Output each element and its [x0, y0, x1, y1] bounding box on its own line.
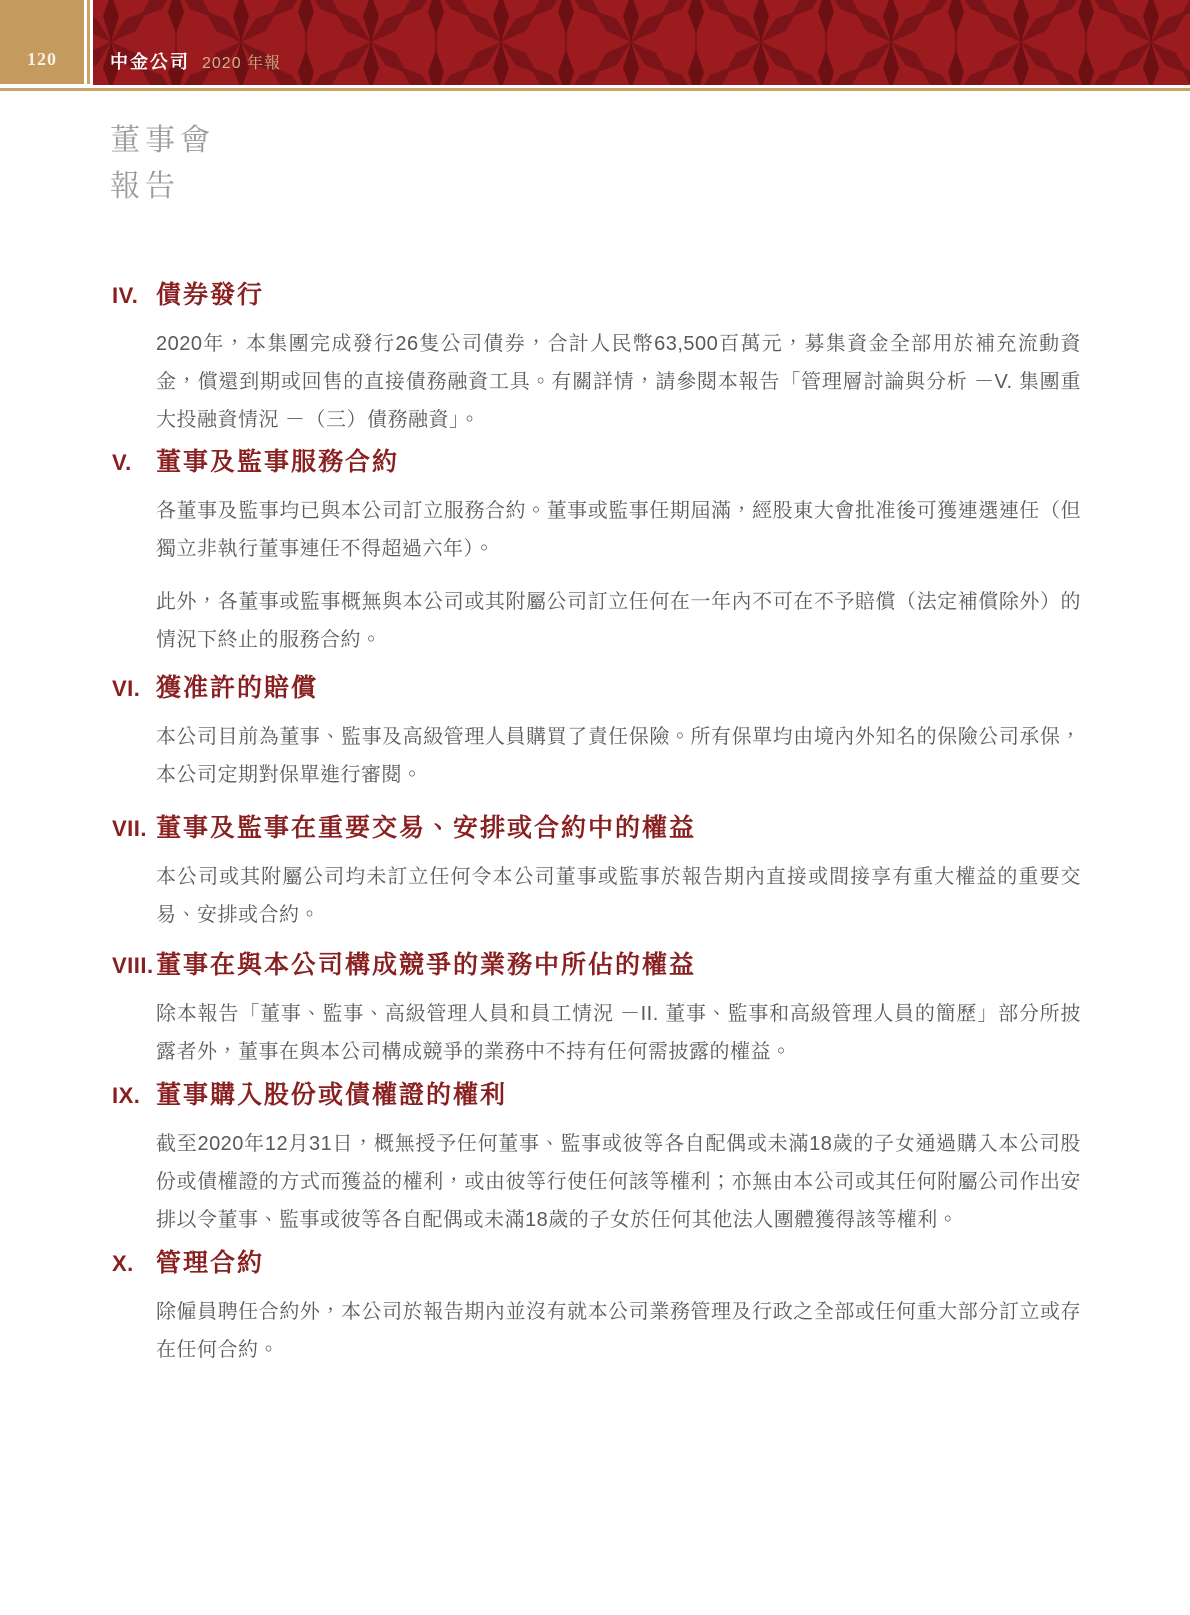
section-body: 除本報告「董事、監事、高級管理人員和員工情況 －II. 董事、監事和高級管理人員… [156, 995, 1081, 1071]
banner-label: 中金公司 2020 年報 [110, 0, 281, 85]
section-interests-in-transactions: VII. 董事及監事在重要交易、安排或合約中的權益 本公司或其附屬公司均未訂立任… [112, 812, 1081, 934]
section-body: 截至2020年12月31日，概無授予任何董事、監事或彼等各自配偶或未滿18歲的子… [156, 1125, 1081, 1239]
section-body: 2020年，本集團完成發行26隻公司債券，合計人民幣63,500百萬元，募集資金… [156, 325, 1081, 439]
paragraph: 此外，各董事或監事概無與本公司或其附屬公司訂立任何在一年內不可在不予賠償（法定補… [156, 583, 1081, 659]
section-numeral: VI. [112, 673, 156, 705]
section-numeral: V. [112, 447, 156, 479]
section-heading-text: 董事購入股份或債權證的權利 [156, 1079, 507, 1111]
section-competing-business: VIII. 董事在與本公司構成競爭的業務中所佔的權益 除本報告「董事、監事、高級… [112, 949, 1081, 1071]
paragraph: 本公司或其附屬公司均未訂立任何令本公司董事或監事於報告期內直接或間接享有重大權益… [156, 858, 1081, 934]
paragraph: 2020年，本集團完成發行26隻公司債券，合計人民幣63,500百萬元，募集資金… [156, 325, 1081, 439]
chapter-title: 董事會 報告 [110, 118, 215, 210]
paragraph: 除僱員聘任合約外，本公司於報告期內並沒有就本公司業務管理及行政之全部或任何重大部… [156, 1293, 1081, 1369]
section-heading: VIII. 董事在與本公司構成競爭的業務中所佔的權益 [112, 949, 1081, 982]
paragraph: 截至2020年12月31日，概無授予任何董事、監事或彼等各自配偶或未滿18歲的子… [156, 1125, 1081, 1239]
section-heading: X. 管理合約 [112, 1247, 1081, 1280]
section-numeral: X. [112, 1248, 156, 1280]
section-numeral: VIII. [112, 950, 156, 982]
section-heading-text: 董事及監事服務合約 [156, 446, 399, 478]
section-body: 本公司或其附屬公司均未訂立任何令本公司董事或監事於報告期內直接或間接享有重大權益… [156, 858, 1081, 934]
section-numeral: VII. [112, 813, 156, 845]
section-heading: IX. 董事購入股份或債權證的權利 [112, 1079, 1081, 1112]
section-numeral: IX. [112, 1080, 156, 1112]
section-heading-text: 管理合約 [156, 1247, 264, 1279]
section-permitted-indemnity: VI. 獲准許的賠償 本公司目前為董事、監事及高級管理人員購買了責任保險。所有保… [112, 672, 1081, 794]
chapter-title-line2: 報告 [110, 164, 215, 210]
section-heading-text: 董事及監事在重要交易、安排或合約中的權益 [156, 812, 696, 844]
section-rights-to-purchase-shares: IX. 董事購入股份或債權證的權利 截至2020年12月31日，概無授予任何董事… [112, 1079, 1081, 1239]
paragraph: 除本報告「董事、監事、高級管理人員和員工情況 －II. 董事、監事和高級管理人員… [156, 995, 1081, 1071]
section-body: 各董事及監事均已與本公司訂立服務合約。董事或監事任期屆滿，經股東大會批准後可獲連… [156, 492, 1081, 659]
section-heading-text: 債券發行 [156, 279, 264, 311]
annual-report-page: { "header": { "page_number": "120", "com… [0, 0, 1190, 1615]
company-name: 中金公司 [110, 48, 190, 74]
section-bond-issuance: IV. 債券發行 2020年，本集團完成發行26隻公司債券，合計人民幣63,50… [112, 279, 1081, 439]
section-heading: V. 董事及監事服務合約 [112, 446, 1081, 479]
chapter-title-line1: 董事會 [110, 118, 215, 164]
section-heading-text: 董事在與本公司構成競爭的業務中所佔的權益 [156, 949, 696, 981]
section-numeral: IV. [112, 280, 156, 312]
section-body: 本公司目前為董事、監事及高級管理人員購買了責任保險。所有保單均由境內外知名的保險… [156, 718, 1081, 794]
section-management-contracts: X. 管理合約 除僱員聘任合約外，本公司於報告期內並沒有就本公司業務管理及行政之… [112, 1247, 1081, 1369]
horizontal-gold-rule [0, 88, 1190, 91]
page-number-block: 120 [0, 0, 84, 84]
header-banner: 中金公司 2020 年報 [93, 0, 1190, 85]
paragraph: 本公司目前為董事、監事及高級管理人員購買了責任保險。所有保單均由境內外知名的保險… [156, 718, 1081, 794]
page-number: 120 [27, 49, 57, 70]
section-heading: VI. 獲准許的賠償 [112, 672, 1081, 705]
report-edition: 2020 年報 [202, 50, 281, 73]
section-body: 除僱員聘任合約外，本公司於報告期內並沒有就本公司業務管理及行政之全部或任何重大部… [156, 1293, 1081, 1369]
vertical-gold-rule [87, 0, 90, 84]
paragraph: 各董事及監事均已與本公司訂立服務合約。董事或監事任期屆滿，經股東大會批准後可獲連… [156, 492, 1081, 568]
section-service-contracts: V. 董事及監事服務合約 各董事及監事均已與本公司訂立服務合約。董事或監事任期屆… [112, 446, 1081, 659]
section-heading: IV. 債券發行 [112, 279, 1081, 312]
section-heading: VII. 董事及監事在重要交易、安排或合約中的權益 [112, 812, 1081, 845]
section-heading-text: 獲准許的賠償 [156, 672, 318, 704]
